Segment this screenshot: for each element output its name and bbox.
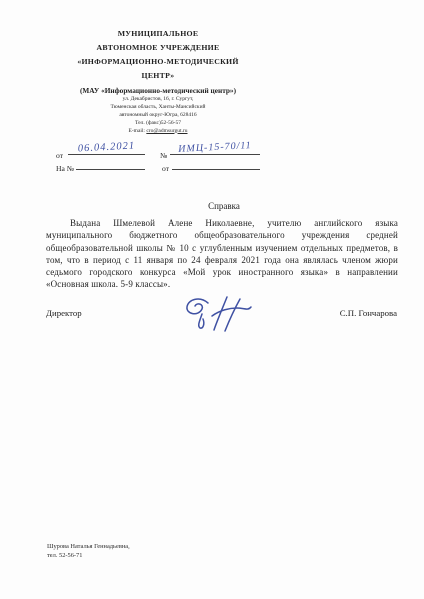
executor-name: Шурова Наталья Геннадьевна,: [47, 543, 130, 552]
org-name-line-3: «ИНФОРМАЦИОННО-МЕТОДИЧЕСКИЙ: [52, 55, 264, 69]
handwritten-number: ИМЦ-15-70/11: [170, 140, 260, 156]
org-short-name: (МАУ «Информационно-методический центр»): [52, 86, 264, 96]
email-label: E-mail:: [128, 128, 146, 134]
executor-phone: тел. 52-56-71: [47, 552, 130, 561]
letterhead: МУНИЦИПАЛЬНОЕ АВТОНОМНОЕ УЧРЕЖДЕНИЕ «ИНФ…: [52, 27, 264, 136]
date-from-label: от: [56, 151, 63, 160]
reply-date-field: [172, 156, 260, 170]
handwritten-date: 06.04.2021: [68, 140, 145, 155]
org-name-line-1: МУНИЦИПАЛЬНОЕ: [52, 27, 264, 41]
reference-block: от 06.04.2021 № ИМЦ-15-70/11 На № от: [56, 149, 268, 181]
handwritten-signature-icon: [181, 293, 263, 339]
executor-contact: Шурова Наталья Геннадьевна, тел. 52-56-7…: [47, 543, 130, 561]
date-field: 06.04.2021: [68, 141, 145, 155]
address-line-1: ул. Декабристов, 16, г. Сургут,: [52, 96, 264, 104]
org-name-line-4: ЦЕНТР»: [52, 69, 264, 83]
document-title: Справка: [48, 201, 400, 211]
signatory-name: С.П. Гончарова: [340, 308, 397, 318]
email-address: cro@admsurgut.ru: [146, 128, 187, 134]
reply-from-label: от: [162, 164, 169, 173]
address-line-3: автономный округ-Югра, 628416: [52, 112, 264, 120]
document-body-paragraph: Выдана Шмелевой Алене Николаевне, учител…: [46, 217, 398, 291]
org-name-line-2: АВТОНОМНОЕ УЧРЕЖДЕНИЕ: [52, 41, 264, 55]
number-field: ИМЦ-15-70/11: [170, 141, 260, 155]
reply-number-label: На №: [56, 164, 74, 173]
phone-line: Тел. (факс)52-56-57: [52, 120, 264, 128]
reply-number-field: [76, 156, 145, 170]
email-line: E-mail: cro@admsurgut.ru: [52, 128, 264, 136]
number-label: №: [160, 151, 167, 160]
signatory-position: Директор: [46, 308, 82, 318]
scanned-letter-page: МУНИЦИПАЛЬНОЕ АВТОНОМНОЕ УЧРЕЖДЕНИЕ «ИНФ…: [0, 0, 424, 599]
address-line-2: Тюменская область, Ханты-Мансийский: [52, 104, 264, 112]
